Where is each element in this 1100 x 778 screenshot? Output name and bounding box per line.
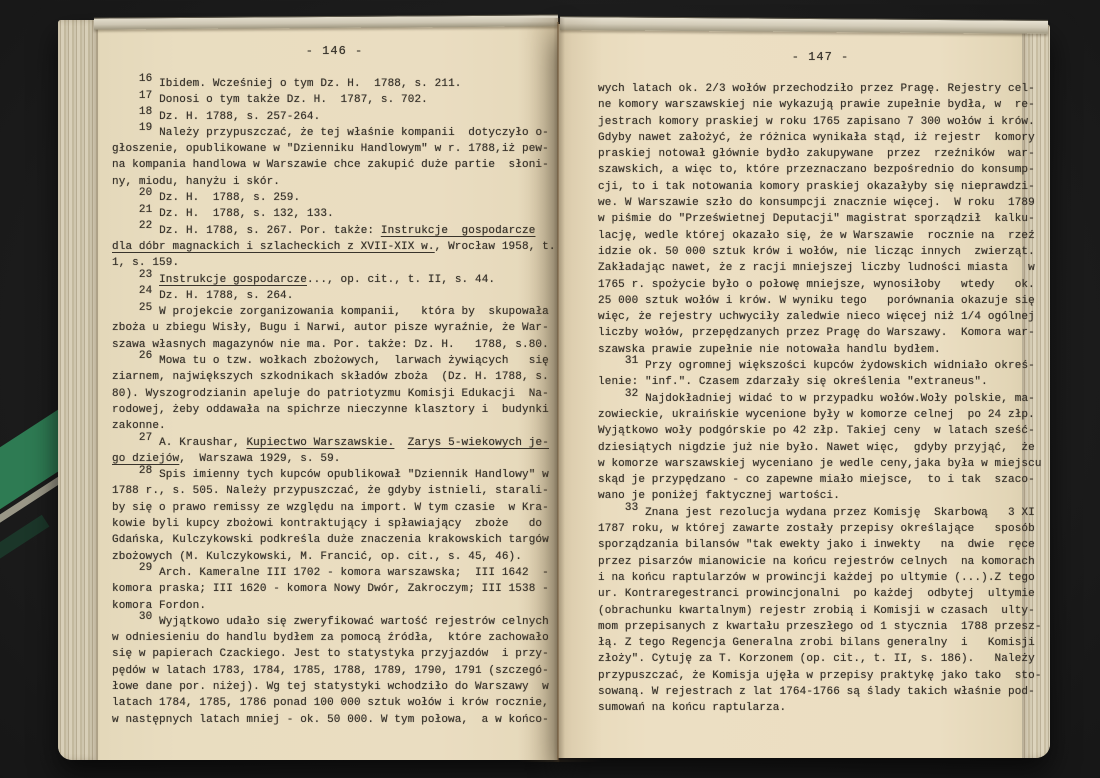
text-line: 33 Znana jest rezolucja wydana przez Kom…	[598, 505, 1048, 521]
text-line: komora praska; III 1620 - komora Nowy Dw…	[112, 581, 562, 597]
text-line: zowieckie, ukraińskie wycenione były w k…	[598, 407, 1048, 423]
underlined-title: dla dóbr magnackich i szlacheckich z XVI…	[112, 241, 435, 253]
right-page-top-edge	[560, 16, 1048, 34]
text-line: mom przepisanych z kwartału przeszłego o…	[598, 619, 1048, 635]
text-line: i na końcu raptularzów w prowincji każde…	[598, 570, 1048, 586]
text-line: głoszenie, opublikowane w "Dzienniku Han…	[112, 141, 562, 157]
text-line: dla dóbr magnackich i szlacheckich z XVI…	[112, 239, 562, 255]
text-line: w odniesieniu do handlu bydłem za pomocą…	[112, 630, 562, 646]
underlined-title: Instrukcje gospodarcze	[159, 274, 307, 286]
text-line: złoży". Cytuję za T. Korzonem (op. cit.,…	[598, 651, 1048, 667]
text-line: łą. Z tego Regencja Generalna zrobi bila…	[598, 635, 1048, 651]
underlined-title: Zarys 5-wiekowych je-	[408, 437, 549, 449]
text-line: Gdańska, Kulczykowski podkreśla duże zna…	[112, 532, 562, 548]
footnote-number: 30	[139, 611, 152, 623]
text-line: ne komory warszawskiej nie wykazują praw…	[598, 97, 1048, 113]
page-number-left: - 146 -	[112, 44, 557, 58]
text-line: wano je poniżej faktycznej wartości.	[598, 488, 1048, 504]
text-line: (obrachunku kwartalnym) rejestr zrobią i…	[598, 603, 1048, 619]
underlined-title: Kupiectwo Warszawskie.	[246, 437, 394, 449]
text-line: ny, miodu, hanyżu i skór.	[112, 174, 562, 190]
text-line: szawa własnych magazynów nie ma. Por. ta…	[112, 337, 562, 353]
text-line: dziesiątych nigdzie już nie było. Nawet …	[598, 440, 1048, 456]
text-line: we. W Warszawie szło do konsumpcji znacz…	[598, 195, 1048, 211]
text-line: by się o prawo remissy ze względu na imp…	[112, 500, 562, 516]
text-line: latach 1784, 1785, 1786 ponad 100 000 sz…	[112, 695, 562, 711]
footnote-number: 22	[139, 220, 152, 232]
left-page-top-edge	[94, 14, 558, 29]
text-line: liczby wołów, przepędzanych przez Pragę …	[598, 325, 1048, 341]
text-line: 17 Donosi o tym także Dz. H. 1787, s. 70…	[112, 92, 562, 108]
text-line: 23 Instrukcje gospodarcze..., op. cit., …	[112, 272, 562, 288]
text-line: na kompania handlowa w Warszawie chce za…	[112, 157, 562, 173]
text-line: 30 Wyjątkowo udało się zweryfikować wart…	[112, 614, 562, 630]
text-line: w komorze warszawskiej wyceniano je wedl…	[598, 456, 1048, 472]
footnote-number: 27	[139, 432, 152, 444]
text-line: go dziejów, Warszawa 1929, s. 59.	[112, 451, 562, 467]
text-line: pędów w latach 1783, 1784, 1785, 1788, 1…	[112, 663, 562, 679]
text-line: przypuszczać, że Komisja ujęła w przepis…	[598, 668, 1048, 684]
text-line: 28 Spis imienny tych kupców opublikował …	[112, 467, 562, 483]
underlined-title: Instrukcje gospodarcze	[381, 225, 536, 237]
text-line: szawskich, a więc to, które przeznaczano…	[598, 162, 1048, 178]
text-line: jestrach komory praskiej w roku 1765 zap…	[598, 114, 1048, 130]
text-line: 20 Dz. H. 1788, s. 259.	[112, 190, 562, 206]
text-line: ziarnem, największych szkodnikach składó…	[112, 369, 562, 385]
footnote-number: 26	[139, 350, 152, 362]
text-line: 25 W projekcie zorganizowania kompanii, …	[112, 304, 562, 320]
text-line: 22 Dz. H. 1788, s. 267. Por. także: Inst…	[112, 223, 562, 239]
footnote-number: 16	[139, 73, 152, 85]
text-line: 18 Dz. H. 1788, s. 257-264.	[112, 109, 562, 125]
text-line: 31 Przy ogromnej większości kupców żydow…	[598, 358, 1048, 374]
text-line: w piśmie do "Prześwietnej Deputacji" mag…	[598, 211, 1048, 227]
text-line: sporządzania bilansów "tak ewekty jako i…	[598, 537, 1048, 553]
page-number-right: - 147 -	[598, 50, 1043, 64]
text-line: lenie: "inf.". Czasem zdarzały się okreś…	[598, 374, 1048, 390]
text-line: 26 Mowa tu o tzw. wołkach zbożowych, lar…	[112, 353, 562, 369]
footnote-number: 28	[139, 465, 152, 477]
text-line: 16 Ibidem. Wcześniej o tym Dz. H. 1788, …	[112, 76, 562, 92]
footnote-number: 20	[139, 187, 152, 199]
text-line: sumowań na końcu raptularza.	[598, 700, 1048, 716]
text-line: ur. Kontraregestranci prowincjonalni po …	[598, 586, 1048, 602]
text-line: więc, że rejestry uchwyciły zaledwie nie…	[598, 309, 1048, 325]
text-line: zakonne.	[112, 418, 562, 434]
left-page-lines: 16 Ibidem. Wcześniej o tym Dz. H. 1788, …	[112, 76, 562, 728]
text-line: Gdyby nawet założyć, że różnica wynikała…	[598, 130, 1048, 146]
text-line: zboża u zbiegu Wisły, Bugu i Narwi, auto…	[112, 320, 562, 336]
left-page: - 146 - 16 Ibidem. Wcześniej o tym Dz. H…	[58, 20, 558, 760]
text-line: zbożowych (M. Kulczykowski, M. Francić, …	[112, 549, 562, 565]
text-line: skąd je przypędzano - co zapewne miało m…	[598, 472, 1048, 488]
footnote-number: 24	[139, 285, 152, 297]
text-line: przez pisarzów mianowicie na końcu rejes…	[598, 554, 1048, 570]
footnote-number: 33	[625, 502, 638, 514]
text-line: w następnych latach mniej - ok. 50 000. …	[112, 712, 562, 728]
footnote-number: 25	[139, 302, 152, 314]
text-line: kowie byli kupcy zbożowi kontraktujący i…	[112, 516, 562, 532]
text-line: praskiej notował głównie bydło zakupywan…	[598, 146, 1048, 162]
footnote-number: 17	[139, 90, 152, 102]
text-line: 25 000 sztuk wołów i krów. W wyniku tego…	[598, 293, 1048, 309]
text-line: rodowej, żeby oddawała na spichrze niecz…	[112, 402, 562, 418]
text-line: wych latach ok. 2/3 wołów przechodziło p…	[598, 81, 1048, 97]
text-line: 29 Arch. Kameralne III 1702 - komora war…	[112, 565, 562, 581]
footnote-number: 21	[139, 204, 152, 216]
text-line: się w papierach Czackiego. Jest to staty…	[112, 646, 562, 662]
text-line: lację, wedle której okazało się, że w Wa…	[598, 228, 1048, 244]
footnote-number: 31	[625, 355, 638, 367]
text-line: szawska prawie zupełnie nie notowała han…	[598, 342, 1048, 358]
text-line: 80). Wyszogrodzianin apeluje do patrioty…	[112, 386, 562, 402]
text-line: 1788 r., s. 505. Należy przypuszczać, że…	[112, 483, 562, 499]
footnote-number: 18	[139, 106, 152, 118]
text-line: Zakładając nawet, że z racji mniejszej l…	[598, 260, 1048, 276]
text-line: 24 Dz. H. 1788, s. 264.	[112, 288, 562, 304]
text-line: 27 A. Kraushar, Kupiectwo Warszawskie. Z…	[112, 435, 562, 451]
text-line: 1, s. 159.	[112, 255, 562, 271]
text-line: 32 Najdokładniej widać to w przypadku wo…	[598, 391, 1048, 407]
text-line: 21 Dz. H. 1788, s. 132, 133.	[112, 206, 562, 222]
left-page-fore-edge	[58, 20, 98, 760]
footnote-number: 23	[139, 269, 152, 281]
footnote-number: 29	[139, 562, 152, 574]
right-page-lines: wych latach ok. 2/3 wołów przechodziło p…	[598, 81, 1048, 717]
text-line: idzie ok. 50 000 sztuk krów i wołów, nie…	[598, 244, 1048, 260]
text-line: łowe dane por. niżej). Wg tej statystyki…	[112, 679, 562, 695]
text-line: cji, to i tak notowania komory praskiej …	[598, 179, 1048, 195]
open-book: - 146 - 16 Ibidem. Wcześniej o tym Dz. H…	[0, 0, 1100, 778]
underlined-title: go dziejów	[112, 453, 179, 465]
text-line: komora Fordon.	[112, 598, 562, 614]
text-line: 19 Należy przypuszczać, że tej właśnie k…	[112, 125, 562, 141]
text-line: sowaną. W rejestrach z lat 1764-1766 są …	[598, 684, 1048, 700]
text-line: 1787 roku, w której zawarte zostały prze…	[598, 521, 1048, 537]
footnote-number: 19	[139, 122, 152, 134]
footnote-number: 32	[625, 388, 638, 400]
text-line: Wyjątkowo woły podgórskie po 42 złp. Tak…	[598, 423, 1048, 439]
text-line: 1765 r. spożycie było o połowę mniejsze,…	[598, 277, 1048, 293]
right-page: - 147 - wych latach ok. 2/3 wołów przech…	[558, 24, 1050, 758]
